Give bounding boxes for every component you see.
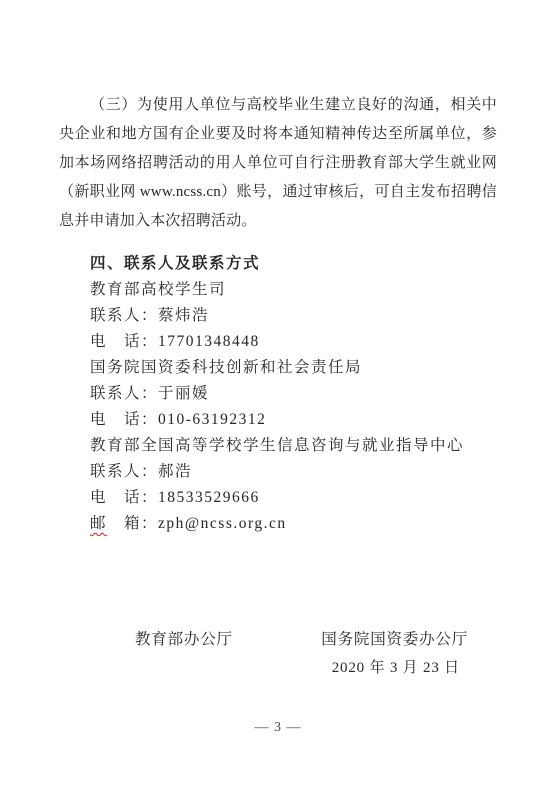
contact-org-ncss-center: 教育部全国高等学校学生信息咨询与就业指导中心 — [59, 433, 497, 459]
signature-left-org: 教育部办公厅 — [135, 626, 233, 653]
contact-org-sasac-bureau: 国务院国资委科技创新和社会责任局 — [59, 355, 497, 381]
contact-person-line: 联系人：蔡炜浩 — [59, 303, 497, 329]
contact-phone-line: 电 话：17701348448 — [59, 329, 497, 355]
contact-org-moe-student-dept: 教育部高校学生司 — [59, 277, 497, 303]
page-number: — 3 — — [59, 718, 497, 738]
contact-email-text: 箱：zph@ncss.org.cn — [107, 515, 287, 532]
contact-person-line: 联系人：于丽媛 — [59, 381, 497, 407]
contact-email-line: 邮 箱：zph@ncss.org.cn — [59, 511, 497, 537]
contact-phone-line: 电 话：010-63192312 — [59, 407, 497, 433]
paragraph-item-three: （三）为使用人单位与高校毕业生建立良好的沟通，相关中央企业和地方国有企业要及时将… — [59, 91, 497, 236]
contact-person-line: 联系人：郝浩 — [59, 459, 497, 485]
signature-date: 2020 年 3 月 23 日 — [59, 655, 497, 682]
contact-phone-line: 电 话：18533529666 — [59, 485, 497, 511]
spellcheck-wavy-underline-char: 邮 — [90, 515, 107, 532]
signature-row: 教育部办公厅 国务院国资委办公厅 — [59, 626, 497, 653]
document-page: （三）为使用人单位与高校毕业生建立良好的沟通，相关中央企业和地方国有企业要及时将… — [0, 0, 554, 785]
section-heading-contacts: 四、联系人及联系方式 — [59, 251, 497, 277]
signature-right-org: 国务院国资委办公厅 — [321, 626, 468, 653]
